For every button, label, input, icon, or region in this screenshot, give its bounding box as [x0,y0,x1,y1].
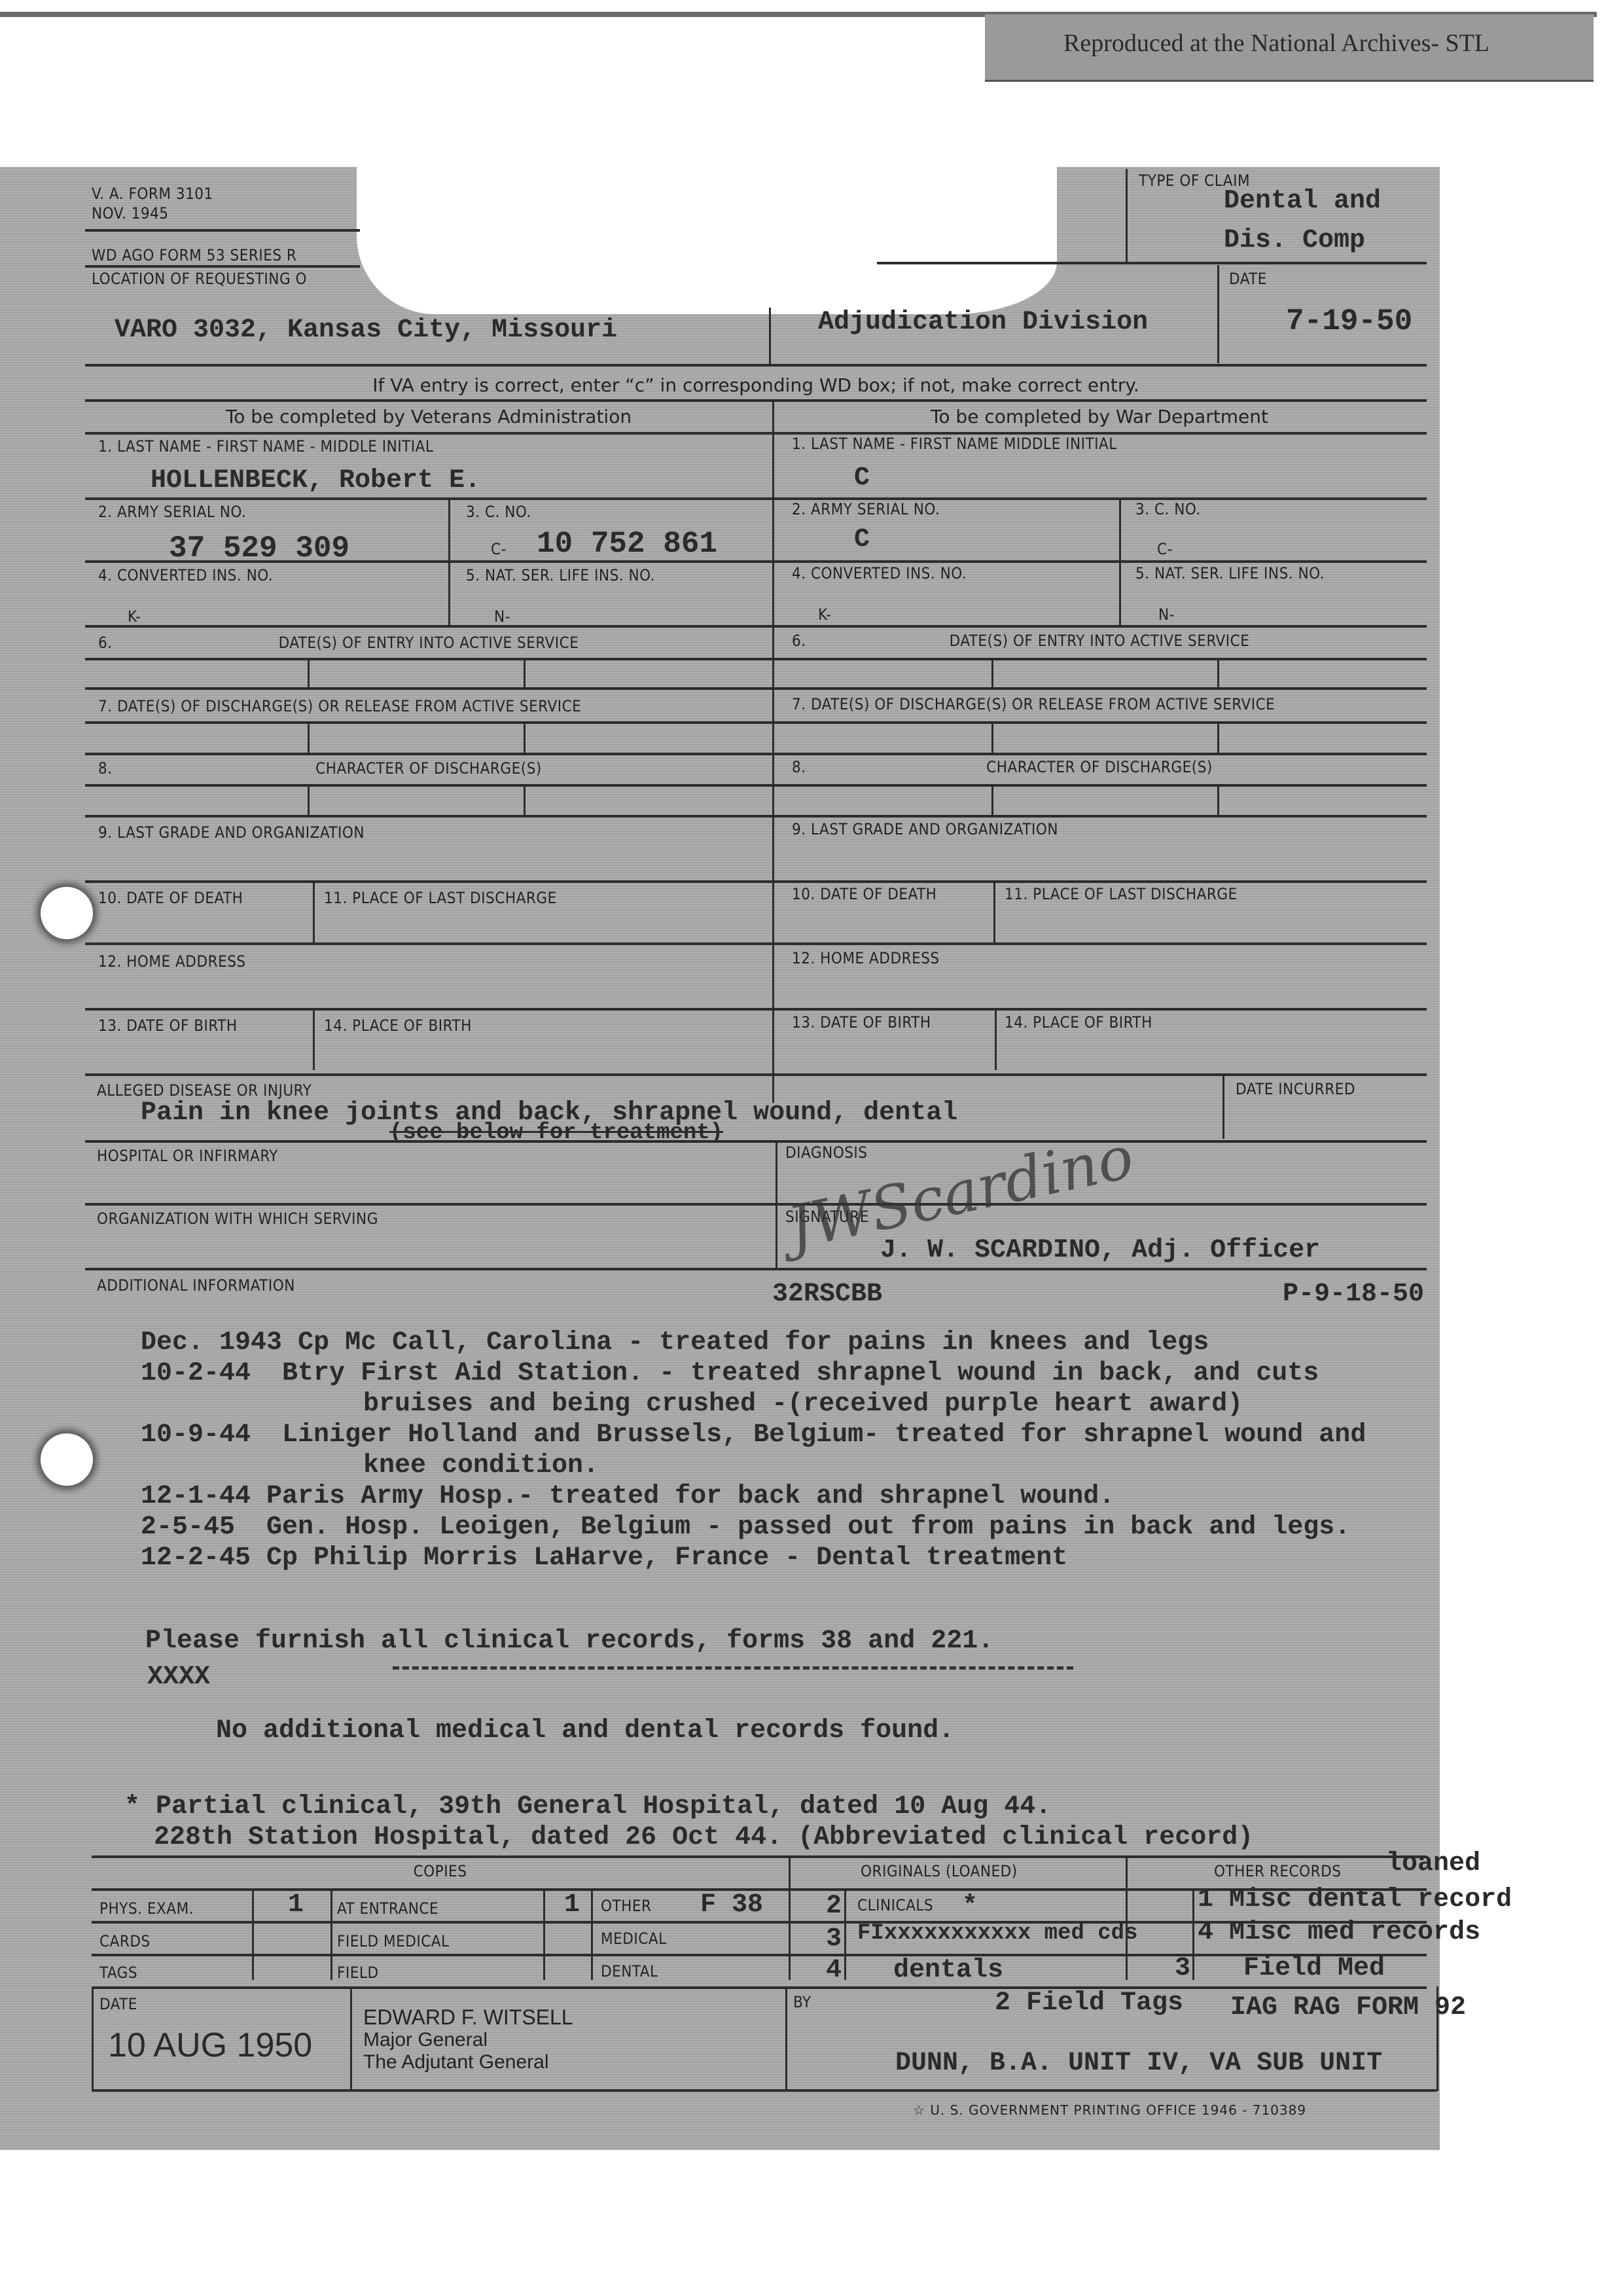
date-incurred-label: DATE INCURRED [1236,1080,1355,1098]
va-f1-label: 1. LAST NAME - FIRST NAME - MIDDLE INITI… [98,437,433,456]
wd-f8-label: CHARACTER OF DISCHARGE(S) [772,758,1427,776]
treatment-entry: 12-1-44 Paris Army Hosp.- treated for ba… [141,1481,1423,1512]
signoff-date-value: 10 AUG 1950 [108,2026,312,2065]
va-f13-label: 13. DATE OF BIRTH [98,1016,238,1035]
wd-serial-value: C [854,525,870,554]
no-records-note: No additional medical and dental records… [216,1716,954,1746]
hospital-label: HOSPITAL OR INFIRMARY [97,1147,278,1165]
alleged-label: ALLEGED DISEASE OR INJURY [97,1081,312,1100]
tags-label: TAGS [99,1964,137,1982]
field-medical-label: FIELD MEDICAL [337,1932,450,1950]
punch-hole-top [41,887,93,939]
clinicals-mark: * [962,1892,978,1921]
signature-value: J. W. SCARDINO, Adj. Officer [880,1236,1320,1265]
at-entrance-value: 1 [564,1890,580,1920]
form-number: V. A. FORM 3101 [92,185,213,203]
va-f6-label: DATE(S) OF ENTRY INTO ACTIVE SERVICE [85,634,772,652]
field-med-text: FIxxxxxxxxxxx med cds [857,1921,1137,1946]
treatment-entry: 12-2-45 Cp Philip Morris LaHarve, France… [141,1543,1423,1573]
archive-stamp: Reproduced at the National Archives- STL [985,14,1594,82]
cards-label: CARDS [99,1932,151,1950]
date-value: 7-19-50 [1286,304,1412,338]
wd-f4-label: 4. CONVERTED INS. NO. [792,564,967,583]
treatment-entry: 10-2-44 Btry First Aid Station. - treate… [141,1358,1423,1389]
signoff-title: The Adjutant General [363,2051,549,2073]
treatment-entry-cont: bruises and being crushed -(received pur… [141,1389,1423,1420]
records-request: Please furnish all clinical records, for… [145,1626,993,1656]
archive-stamp-text: Reproduced at the National Archives- STL [1063,29,1489,58]
va-f2-label: 2. ARMY SERIAL NO. [98,503,246,521]
page-margin [0,2150,1623,2296]
wd-f3-label: 3. C. NO. [1135,500,1201,518]
field-med-count: 3 [826,1924,842,1954]
wd-f5-prefix: N- [1158,605,1175,624]
treatment-entry: Dec. 1943 Cp Mc Call, Carolina - treated… [141,1327,1423,1358]
other-label: OTHER [601,1897,652,1915]
dentals-count: 4 [826,1956,842,1985]
other-records-note: loaned [1386,1849,1480,1878]
division-value: Adjudication Division [818,308,1148,337]
other-record-1: 1 Misc dental record [1198,1885,1512,1914]
va-section-heading: To be completed by Veterans Administrati… [85,406,772,427]
instruction-text: If VA entry is correct, enter “c” in cor… [85,374,1427,396]
wd-f2-label: 2. ARMY SERIAL NO. [792,500,940,518]
clinicals-count: 2 [826,1892,842,1921]
other-value: F 38 [700,1890,763,1920]
wd-f12-label: 12. HOME ADDRESS [792,949,940,967]
form-date: NOV. 1945 [92,204,169,223]
va-f8-label: CHARACTER OF DISCHARGE(S) [85,759,772,778]
wd-f13-label: 13. DATE OF BIRTH [792,1013,931,1031]
location-value: VARO 3032, Kansas City, Missouri [115,315,617,345]
va-f5-label: 5. NAT. SER. LIFE INS. NO. [466,566,655,584]
at-entrance-label: AT ENTRANCE [337,1899,438,1918]
wd-f14-label: 14. PLACE OF BIRTH [1005,1013,1152,1031]
wd-f10-label: 10. DATE OF DEATH [792,885,936,903]
request-underline [393,1666,1073,1670]
diagnosis-label: DIAGNOSIS [785,1143,868,1162]
wd-f5-label: 5. NAT. SER. LIFE INS. NO. [1135,564,1325,583]
wd-f11-label: 11. PLACE OF LAST DISCHARGE [1005,885,1238,903]
phys-exam-label: PHYS. EXAM. [99,1899,194,1918]
wd-section-heading: To be completed by War Department [772,406,1427,427]
additional-code: 32RSCBB [772,1280,882,1309]
wd-f3-prefix: C- [1157,540,1173,558]
va-f4-prefix: K- [128,607,141,626]
field-tags: 2 Field Tags [995,1988,1183,2018]
wd-f9-label: 9. LAST GRADE AND ORGANIZATION [792,820,1058,838]
punch-hole-bottom [41,1433,93,1486]
date-label: DATE [1229,270,1267,288]
organization-label: ORGANIZATION WITH WHICH SERVING [97,1210,378,1228]
by-value: DUNN, B.A. UNIT IV, VA SUB UNIT [895,2049,1382,2078]
treatment-entry: 10-9-44 Liniger Holland and Brussels, Be… [141,1420,1423,1450]
phys-exam-value: 1 [288,1890,304,1920]
va-f9-label: 9. LAST GRADE AND ORGANIZATION [98,823,365,842]
treatment-entry: 2-5-45 Gen. Hosp. Leoigen, Belgium - pas… [141,1512,1423,1543]
va-cno-value: 10 752 861 [537,527,717,561]
va-f3-label: 3. C. NO. [466,503,531,521]
wd-f4-prefix: K- [818,605,831,624]
additional-label: ADDITIONAL INFORMATION [97,1276,295,1295]
va-f5-prefix: N- [494,607,510,626]
va-f11-label: 11. PLACE OF LAST DISCHARGE [324,889,557,907]
va-f14-label: 14. PLACE OF BIRTH [324,1016,472,1035]
request-mark: XXXX [147,1662,210,1692]
by-label: BY [793,1993,811,2011]
other-record-3-count: 3 [1175,1954,1190,1983]
va-f3-prefix: C- [491,540,507,558]
wd-f7-label: 7. DATE(S) OF DISCHARGE(S) OR RELEASE FR… [792,695,1275,713]
wd-f6-label: DATE(S) OF ENTRY INTO ACTIVE SERVICE [772,632,1427,650]
treatment-entry-cont: knee condition. [141,1450,1423,1481]
wd-f1-label: 1. LAST NAME - FIRST NAME MIDDLE INITIAL [792,435,1117,453]
form-series: WD AGO FORM 53 SERIES R [92,246,296,264]
other-records-label: OTHER RECORDS [1214,1862,1341,1880]
partial-record-1: * Partial clinical, 39th General Hospita… [124,1792,1051,1821]
signoff-date-label: DATE [99,1995,137,2013]
location-label: LOCATION OF REQUESTING O [92,270,307,288]
va-f10-label: 10. DATE OF DEATH [98,889,243,907]
dentals-text: dentals [893,1956,1003,1985]
type-of-claim-line1: Dental and [1224,187,1381,216]
other-record-3: Field Med [1243,1954,1385,1983]
wd-name-value: C [854,463,870,493]
copies-label: COPIES [92,1862,789,1880]
signoff-name: EDWARD F. WITSELL [363,2006,573,2028]
partial-record-2: 228th Station Hospital, dated 26 Oct 44.… [154,1823,1253,1852]
printing-office-footer: ☆ U. S. GOVERNMENT PRINTING OFFICE 1946 … [913,2102,1306,2118]
treatment-history-list: Dec. 1943 Cp Mc Call, Carolina - treated… [141,1327,1423,1573]
dental-label: DENTAL [601,1962,658,1981]
type-of-claim-line2: Dis. Comp [1224,226,1365,255]
additional-ref: P-9-18-50 [1283,1280,1424,1309]
va-f7-label: 7. DATE(S) OF DISCHARGE(S) OR RELEASE FR… [98,697,581,715]
field-label: FIELD [337,1964,379,1982]
originals-label: ORIGINALS (LOANED) [861,1862,1018,1880]
other-record-2: 4 Misc med records [1198,1918,1480,1947]
signoff-rank: Major General [363,2029,488,2051]
va-f12-label: 12. HOME ADDRESS [98,952,246,971]
medical-label: MEDICAL [601,1929,667,1948]
iag-form: IAG RAG FORM 92 [1230,1993,1466,2022]
va-f4-label: 4. CONVERTED INS. NO. [98,566,273,584]
clinicals-label: CLINICALS [857,1896,933,1914]
va-name-value: HOLLENBECK, Robert E. [151,466,480,495]
torn-corner [357,157,1057,314]
